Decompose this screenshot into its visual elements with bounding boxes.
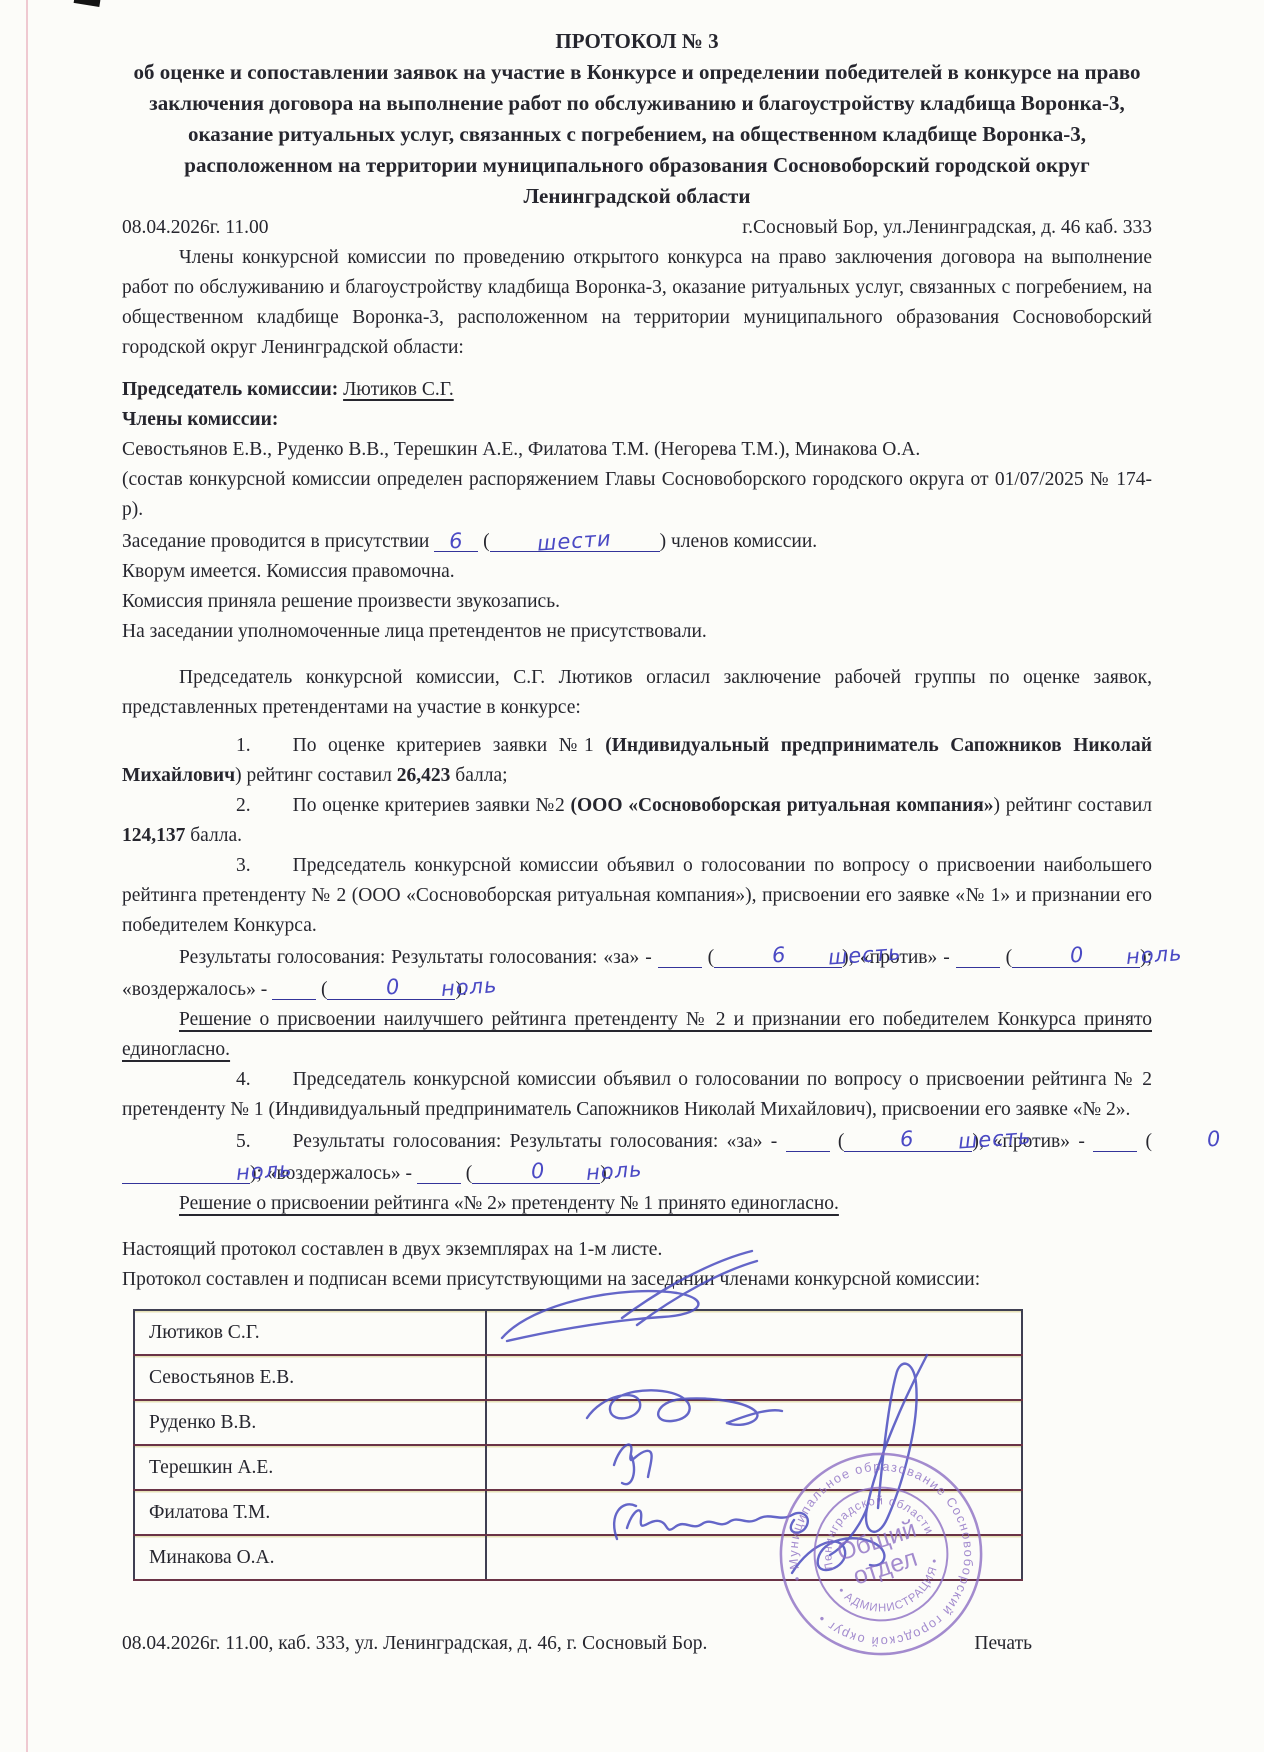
signature-cell xyxy=(486,1310,1022,1355)
handwritten-vote2-za-word: шесть xyxy=(901,1121,1033,1160)
quorum-line: Кворум имеется. Комиссия правомочна. xyxy=(122,557,1152,587)
footer-line: 08.04.2026г. 11.00, каб. 333, ул. Ленинг… xyxy=(122,1629,1152,1659)
attendees-line: На заседании уполномоченные лица претенд… xyxy=(122,617,1152,647)
document-title: ПРОТОКОЛ № 3 xyxy=(122,26,1152,57)
decision-1: Решение о присвоении наилучшего рейтинга… xyxy=(122,1005,1152,1065)
announcement-paragraph: Председатель конкурсной комиссии, С.Г. Л… xyxy=(122,663,1152,723)
signature-cell xyxy=(486,1355,1022,1400)
item-2: 2.По оценке критериев заявки №2 (ООО «Со… xyxy=(122,791,1152,851)
member-name: Руденко В.В. xyxy=(134,1400,486,1445)
chair-label: Председатель комиссии xyxy=(122,379,332,400)
signature-table: Лютиков С.Г. Севостьянов Е.В. Руденко В.… xyxy=(133,1309,1023,1581)
document-datetime: 08.04.2026г. 11.00 xyxy=(122,213,268,243)
item-5-vote-results: 5.Результаты голосования: Результаты гол… xyxy=(122,1125,1152,1189)
composition-note: (состав конкурсной комиссии определен ра… xyxy=(122,465,1152,525)
chair-line: Председатель комиссии: Лютиков С.Г. xyxy=(122,375,1152,405)
handwritten-presence-word: шести xyxy=(536,523,612,558)
vote-results-1: Результаты голосования: Результаты голос… xyxy=(122,941,1152,1005)
table-row: Лютиков С.Г. xyxy=(134,1310,1022,1355)
members-names: Севостьянов Е.В., Руденко В.В., Терешкин… xyxy=(122,435,1152,465)
handwritten-vote1-vozd-word: ноль xyxy=(384,970,499,1008)
presence-line: Заседание проводится в присутствии 6 (ше… xyxy=(122,525,1152,557)
signature-cell xyxy=(486,1490,1022,1535)
closing-copies: Настоящий протокол составлен в двух экзе… xyxy=(122,1235,1152,1265)
signature-section: Лютиков С.Г. Севостьянов Е.В. Руденко В.… xyxy=(122,1309,1152,1659)
document-place: г.Сосновый Бор, ул.Ленинградская, д. 46 … xyxy=(742,213,1152,243)
handwritten-vote2-protiv: 0 xyxy=(1149,1124,1222,1159)
member-name: Севостьянов Е.В. xyxy=(134,1355,486,1400)
decision-2: Решение о присвоении рейтинга «№ 2» прет… xyxy=(122,1189,1152,1219)
table-row: Минакова О.А. xyxy=(134,1535,1022,1580)
member-name: Лютиков С.Г. xyxy=(134,1310,486,1355)
handwritten-vote2-vozd-word: ноль xyxy=(528,1154,643,1192)
member-name: Терешкин А.Е. xyxy=(134,1445,486,1490)
date-place-row: 08.04.2026г. 11.00 г.Сосновый Бор, ул.Ле… xyxy=(122,213,1152,243)
members-label: Члены комиссии: xyxy=(122,405,1152,435)
item-4: 4.Председатель конкурсной комиссии объяв… xyxy=(122,1065,1152,1125)
member-name: Минакова О.А. xyxy=(134,1535,486,1580)
table-row: Филатова Т.М. xyxy=(134,1490,1022,1535)
member-name: Филатова Т.М. xyxy=(134,1490,486,1535)
table-row: Севостьянов Е.В. xyxy=(134,1355,1022,1400)
handwritten-vote1-za-word: шесть xyxy=(770,937,902,976)
stamp-label: Печать xyxy=(974,1629,1032,1659)
scanned-protocol-page: ПРОТОКОЛ № 3 об оценке и сопоставлении з… xyxy=(0,0,1264,1752)
handwritten-vote1-protiv-word: ноль xyxy=(1068,938,1183,976)
signature-cell xyxy=(486,1400,1022,1445)
presence-word-blank: шести xyxy=(490,525,660,552)
signature-cell xyxy=(486,1445,1022,1490)
table-row: Руденко В.В. xyxy=(134,1400,1022,1445)
signature-cell xyxy=(486,1535,1022,1580)
recording-line: Комиссия приняла решение произвести звук… xyxy=(122,587,1152,617)
closing-signed: Протокол составлен и подписан всеми прис… xyxy=(122,1265,1152,1295)
handwritten-presence-number: 6 xyxy=(448,526,464,557)
table-row: Терешкин А.Е. xyxy=(134,1445,1022,1490)
item-1: 1.По оценке критериев заявки №1 (Индивид… xyxy=(122,731,1152,791)
presence-number-blank: 6 xyxy=(434,525,478,552)
item-3: 3.Председатель конкурсной комиссии объяв… xyxy=(122,851,1152,941)
document-content: ПРОТОКОЛ № 3 об оценке и сопоставлении з… xyxy=(0,0,1264,1659)
chair-name: Лютиков С.Г. xyxy=(343,379,454,400)
intro-paragraph: Члены конкурсной комиссии по проведению … xyxy=(122,243,1152,363)
handwritten-vote2-protiv-word: ноль xyxy=(178,1154,293,1192)
document-subtitle: об оценке и сопоставлении заявок на учас… xyxy=(122,57,1152,212)
footer-date-address: 08.04.2026г. 11.00, каб. 333, ул. Ленинг… xyxy=(122,1629,707,1659)
